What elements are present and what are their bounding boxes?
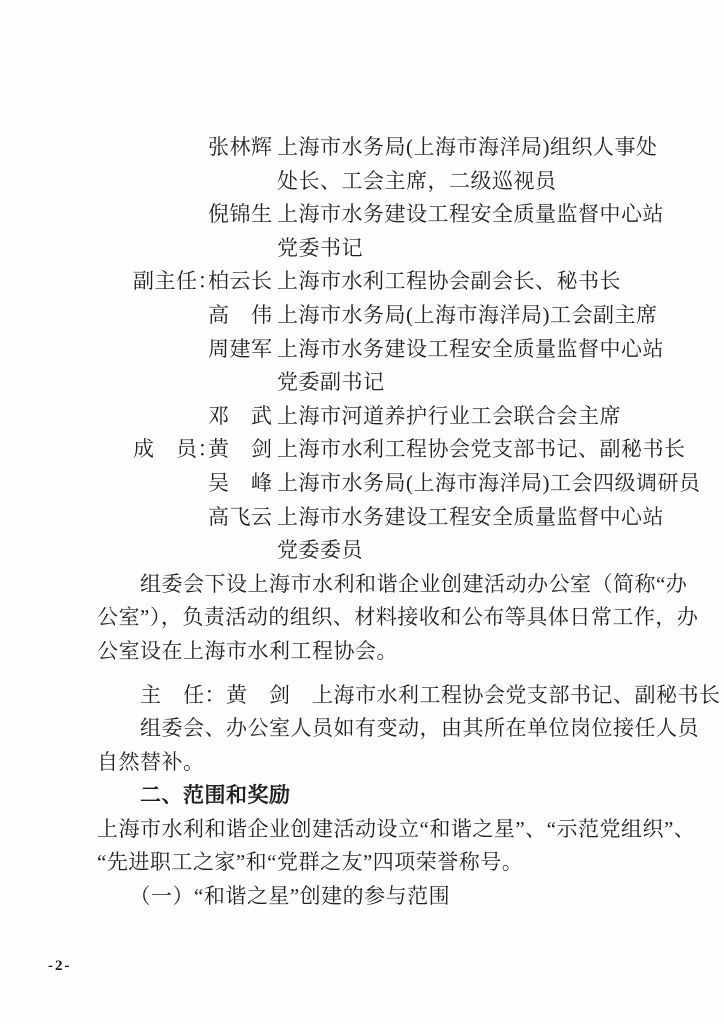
text-line: 主 任：黄 剑 上海市水利工程协会党支部书记、副秘书长 bbox=[97, 679, 689, 713]
member-name: 高飞云 bbox=[208, 501, 277, 568]
committee-row: 成 员：黄 剑上海市水利工程协会党支部书记、副秘书长 bbox=[133, 433, 689, 467]
committee-row: 高飞云上海市水务建设工程安全质量监督中心站党委委员 bbox=[133, 501, 689, 568]
desc-line: 上海市水务局(上海市海洋局)工会四级调研员 bbox=[277, 467, 701, 501]
sub-heading-harmony-star-scope: （一）“和谐之星”创建的参与范围 bbox=[97, 880, 689, 914]
role-label: 副主任： bbox=[133, 265, 208, 299]
committee-row: 张林辉上海市水务局(上海市海洋局)组织人事处处长、工会主席，二级巡视员 bbox=[133, 131, 689, 198]
member-name: 邓 武 bbox=[208, 400, 277, 434]
member-desc: 上海市水务建设工程安全质量监督中心站党委副书记 bbox=[277, 333, 689, 400]
member-desc: 上海市水利工程协会党支部书记、副秘书长 bbox=[277, 433, 689, 467]
member-name: 周建军 bbox=[208, 333, 277, 400]
text-line: 公室设在上海市水利工程协会。 bbox=[97, 635, 689, 669]
desc-line: 上海市水务局(上海市海洋局)工会副主席 bbox=[277, 299, 689, 333]
member-name: 柏云长 bbox=[208, 265, 277, 299]
role-label: 成 员： bbox=[133, 433, 208, 467]
member-desc: 上海市水务建设工程安全质量监督中心站党委书记 bbox=[277, 198, 689, 265]
member-name: 张林辉 bbox=[208, 131, 277, 198]
desc-line: 上海市水利工程协会副会长、秘书长 bbox=[277, 265, 689, 299]
role-label bbox=[133, 299, 208, 333]
member-desc: 上海市水务建设工程安全质量监督中心站党委委员 bbox=[277, 501, 689, 568]
member-desc: 上海市水务局(上海市海洋局)组织人事处处长、工会主席，二级巡视员 bbox=[277, 131, 689, 198]
desc-line: 上海市水务局(上海市海洋局)组织人事处 bbox=[277, 131, 689, 165]
role-label bbox=[133, 501, 208, 568]
committee-row: 倪锦生上海市水务建设工程安全质量监督中心站党委书记 bbox=[133, 198, 689, 265]
committee-row: 吴 峰上海市水务局(上海市海洋局)工会四级调研员 bbox=[133, 467, 689, 501]
role-label bbox=[133, 400, 208, 434]
committee-row: 副主任：柏云长上海市水利工程协会副会长、秘书长 bbox=[133, 265, 689, 299]
committee-row: 高 伟上海市水务局(上海市海洋局)工会副主席 bbox=[133, 299, 689, 333]
desc-line: 上海市水务建设工程安全质量监督中心站 bbox=[277, 198, 689, 232]
text-line: 组委会、办公室人员如有变动，由其所在单位岗位接任人员 bbox=[97, 712, 689, 746]
text-line: 组委会下设上海市水利和谐企业创建活动办公室（简称“办 bbox=[97, 568, 689, 602]
page-number: -2- bbox=[48, 958, 72, 975]
member-desc: 上海市水利工程协会副会长、秘书长 bbox=[277, 265, 689, 299]
paragraph-honor-titles: 上海市水利和谐企业创建活动设立“和谐之星”、“示范党组织”、“先进职工之家”和“… bbox=[97, 813, 689, 880]
text-line: 二、范围和奖励 bbox=[97, 779, 689, 813]
desc-line: 上海市水利工程协会党支部书记、副秘书长 bbox=[277, 433, 689, 467]
paragraph-personnel-replacement: 组委会、办公室人员如有变动，由其所在单位岗位接任人员自然替补。 bbox=[97, 712, 689, 779]
text-line: “先进职工之家”和“党群之友”四项荣誉称号。 bbox=[97, 846, 689, 880]
desc-line: 上海市水务建设工程安全质量监督中心站 bbox=[277, 333, 689, 367]
document-content: 张林辉上海市水务局(上海市海洋局)组织人事处处长、工会主席，二级巡视员倪锦生上海… bbox=[97, 131, 689, 914]
desc-line: 处长、工会主席，二级巡视员 bbox=[277, 165, 689, 199]
section-heading-scope-awards: 二、范围和奖励 bbox=[97, 779, 689, 813]
text-line: （一）“和谐之星”创建的参与范围 bbox=[97, 880, 689, 914]
committee-list: 张林辉上海市水务局(上海市海洋局)组织人事处处长、工会主席，二级巡视员倪锦生上海… bbox=[97, 131, 689, 568]
member-name: 高 伟 bbox=[208, 299, 277, 333]
committee-row: 邓 武上海市河道养护行业工会联合会主席 bbox=[133, 400, 689, 434]
body-paragraphs: 组委会下设上海市水利和谐企业创建活动办公室（简称“办公室”），负责活动的组织、材… bbox=[97, 568, 689, 914]
desc-line: 上海市河道养护行业工会联合会主席 bbox=[277, 400, 689, 434]
text-line: 上海市水利和谐企业创建活动设立“和谐之星”、“示范党组织”、 bbox=[97, 813, 689, 847]
committee-row: 周建军上海市水务建设工程安全质量监督中心站党委副书记 bbox=[133, 333, 689, 400]
role-label bbox=[133, 467, 208, 501]
text-line: 公室”），负责活动的组织、材料接收和公布等具体日常工作，办 bbox=[97, 601, 689, 635]
desc-line: 党委委员 bbox=[277, 534, 689, 568]
member-desc: 上海市河道养护行业工会联合会主席 bbox=[277, 400, 689, 434]
text-line: 自然替补。 bbox=[97, 746, 689, 780]
role-label bbox=[133, 131, 208, 198]
desc-line: 党委副书记 bbox=[277, 366, 689, 400]
desc-line: 党委书记 bbox=[277, 232, 689, 266]
member-name: 黄 剑 bbox=[208, 433, 277, 467]
member-desc: 上海市水务局(上海市海洋局)工会副主席 bbox=[277, 299, 689, 333]
member-name: 倪锦生 bbox=[208, 198, 277, 265]
role-label bbox=[133, 333, 208, 400]
member-name: 吴 峰 bbox=[208, 467, 277, 501]
member-desc: 上海市水务局(上海市海洋局)工会四级调研员 bbox=[277, 467, 701, 501]
role-label bbox=[133, 198, 208, 265]
paragraph-office-setup: 组委会下设上海市水利和谐企业创建活动办公室（简称“办公室”），负责活动的组织、材… bbox=[97, 568, 689, 669]
desc-line: 上海市水务建设工程安全质量监督中心站 bbox=[277, 501, 689, 535]
paragraph-office-director: 主 任：黄 剑 上海市水利工程协会党支部书记、副秘书长 bbox=[97, 679, 689, 713]
document-page: 张林辉上海市水务局(上海市海洋局)组织人事处处长、工会主席，二级巡视员倪锦生上海… bbox=[0, 0, 724, 1024]
